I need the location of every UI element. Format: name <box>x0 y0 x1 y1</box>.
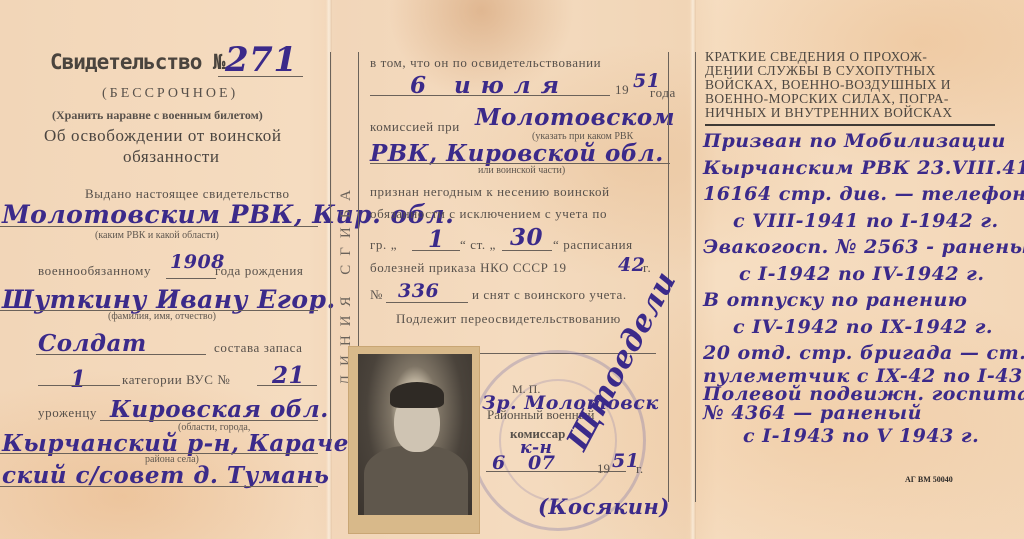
subtitle: (БЕССРОЧНОЕ) <box>102 86 238 102</box>
left-panel: Свидетельство № 271 (БЕССРОЧНОЕ) (Хранит… <box>0 0 330 539</box>
order-label: болезней приказа НКО СССР 19 <box>370 260 567 276</box>
service-line: Эвакогосп. № 2563 - раненый <box>703 234 1024 261</box>
native-rule3 <box>0 486 318 487</box>
group-rule <box>412 250 460 251</box>
reserve-label: состава запаса <box>214 340 303 356</box>
service-line: 16164 стр. див. — телефонист <box>703 181 1024 208</box>
native-label: уроженцу <box>38 405 97 421</box>
holder-photo <box>348 346 480 534</box>
group-label: гр. „ <box>370 237 397 253</box>
verdict-line1: признан негодным к несению воинской <box>370 184 610 200</box>
order-year-value: 42 <box>618 254 645 276</box>
service-line: Кырчанским РВК 23.VIII.41 <box>703 155 1024 182</box>
intro-text: в том, что он по освидетельствовании <box>370 55 601 71</box>
commission-rule <box>370 163 670 164</box>
certificate-number: 271 <box>225 40 297 80</box>
service-line: Призван по Мобилизации <box>703 128 1024 155</box>
commission-value-line1: Молотовском <box>475 104 675 131</box>
article-rule <box>502 250 552 251</box>
service-line: с I-1942 по IV-1942 г. <box>703 261 1024 288</box>
service-line: с I-1943 по V 1943 г. <box>703 423 1024 450</box>
category-label: категории ВУС № <box>122 372 230 388</box>
number-rule <box>218 76 303 77</box>
name-hint: (фамилия, имя, отчество) <box>108 311 216 322</box>
service-heading-line: ВОЙСКАХ, ВОЕННО-ВОЗДУШНЫХ И <box>705 78 953 92</box>
printer-mark: АГ ВМ 50040 <box>905 475 953 484</box>
photo-tunic <box>364 446 468 515</box>
group-value: 1 <box>428 226 445 253</box>
photo-hair <box>390 382 444 408</box>
heading-line1: Об освобождении от воинской <box>44 126 282 146</box>
rank-rule <box>36 354 206 355</box>
verdict-line2: обязанности с исключением с учета по <box>370 206 607 222</box>
photo-portrait <box>358 354 472 515</box>
heading-line2: обязанности <box>123 147 220 167</box>
keep-note: (Хранить наравне с военным билетом) <box>52 108 263 123</box>
native-rule1 <box>100 420 318 421</box>
service-heading-line: ВОЕННО-МОРСКИХ СИЛАХ, ПОГРА- <box>705 92 953 106</box>
category-value: 1 <box>70 366 87 393</box>
issued-by-rule <box>0 226 318 227</box>
order-number-value: 336 <box>398 280 439 302</box>
commission-hint2: или воинской части) <box>478 165 565 176</box>
schedule-label: “ расписания <box>553 237 633 253</box>
native-value-line1: Кировская обл. <box>110 396 329 423</box>
article-label: “ ст. „ <box>460 237 496 253</box>
right-panel: КРАТКИЕ СВЕДЕНИЯ О ПРОХОЖ- ДЕНИИ СЛУЖБЫ … <box>700 0 1024 539</box>
exam-year-prefix: 19 <box>615 82 629 98</box>
reexam-label: Подлежит переосвидетельствованию <box>396 311 621 327</box>
vus-rule <box>257 385 317 386</box>
service-line: с IV-1942 по IX-1942 г. <box>703 314 1024 341</box>
service-heading-line: ДЕНИИ СЛУЖБЫ В СУХОПУТНЫХ <box>705 64 953 78</box>
issued-by-hint: (каким РВК и какой области) <box>95 230 219 241</box>
removed-label: и снят с воинского учета. <box>472 287 627 303</box>
service-line: В отпуску по ранению <box>703 287 1024 314</box>
sign-year-word: г. <box>636 461 643 477</box>
service-line: 20 отд. стр. бригада — ст. <box>703 340 1024 367</box>
signer-name-value: (Косякин) <box>538 494 670 519</box>
commission-label: комиссией при <box>370 119 460 135</box>
title-label: Свидетельство № <box>50 50 225 74</box>
service-heading-line: НИЧНЫХ И ВНУТРЕННИХ ВОЙСКАХ <box>705 106 953 120</box>
heading-rule <box>705 124 995 126</box>
category-rule <box>38 385 120 386</box>
service-heading-line: КРАТКИЕ СВЕДЕНИЯ О ПРОХОЖ- <box>705 50 953 64</box>
exam-year-word: года <box>650 85 676 101</box>
liable-label: военнообязанному <box>38 263 151 279</box>
service-line: пулеметчик с IX-42 по I-43 <box>703 367 1024 385</box>
order-number-label: № <box>370 287 383 303</box>
service-line: с VIII-1941 по I-1942 г. <box>703 208 1024 235</box>
order-number-rule <box>386 302 468 303</box>
fold-guide-line-left <box>330 52 331 442</box>
article-value: 30 <box>510 224 543 251</box>
rank-value: Солдат <box>38 330 147 357</box>
birth-year-rule <box>166 278 216 279</box>
native-value-line3: ский с/совет д. Тумань <box>2 462 329 489</box>
service-heading: КРАТКИЕ СВЕДЕНИЯ О ПРОХОЖ- ДЕНИИ СЛУЖБЫ … <box>705 50 953 120</box>
service-record: Призван по Мобилизации Кырчанским РВК 23… <box>703 128 1024 449</box>
birth-year-label: года рождения <box>215 263 304 279</box>
service-line: Полевой подвижн. госпиталь <box>703 385 1024 403</box>
exam-date-rule <box>370 95 610 96</box>
right-panel-border <box>695 52 696 502</box>
sign-year-prefix: 19 <box>597 461 610 477</box>
service-line: № 4364 — раненый <box>703 403 1024 423</box>
fold-guide-line-inner <box>358 52 359 382</box>
certificate-title: Свидетельство № <box>50 50 225 74</box>
